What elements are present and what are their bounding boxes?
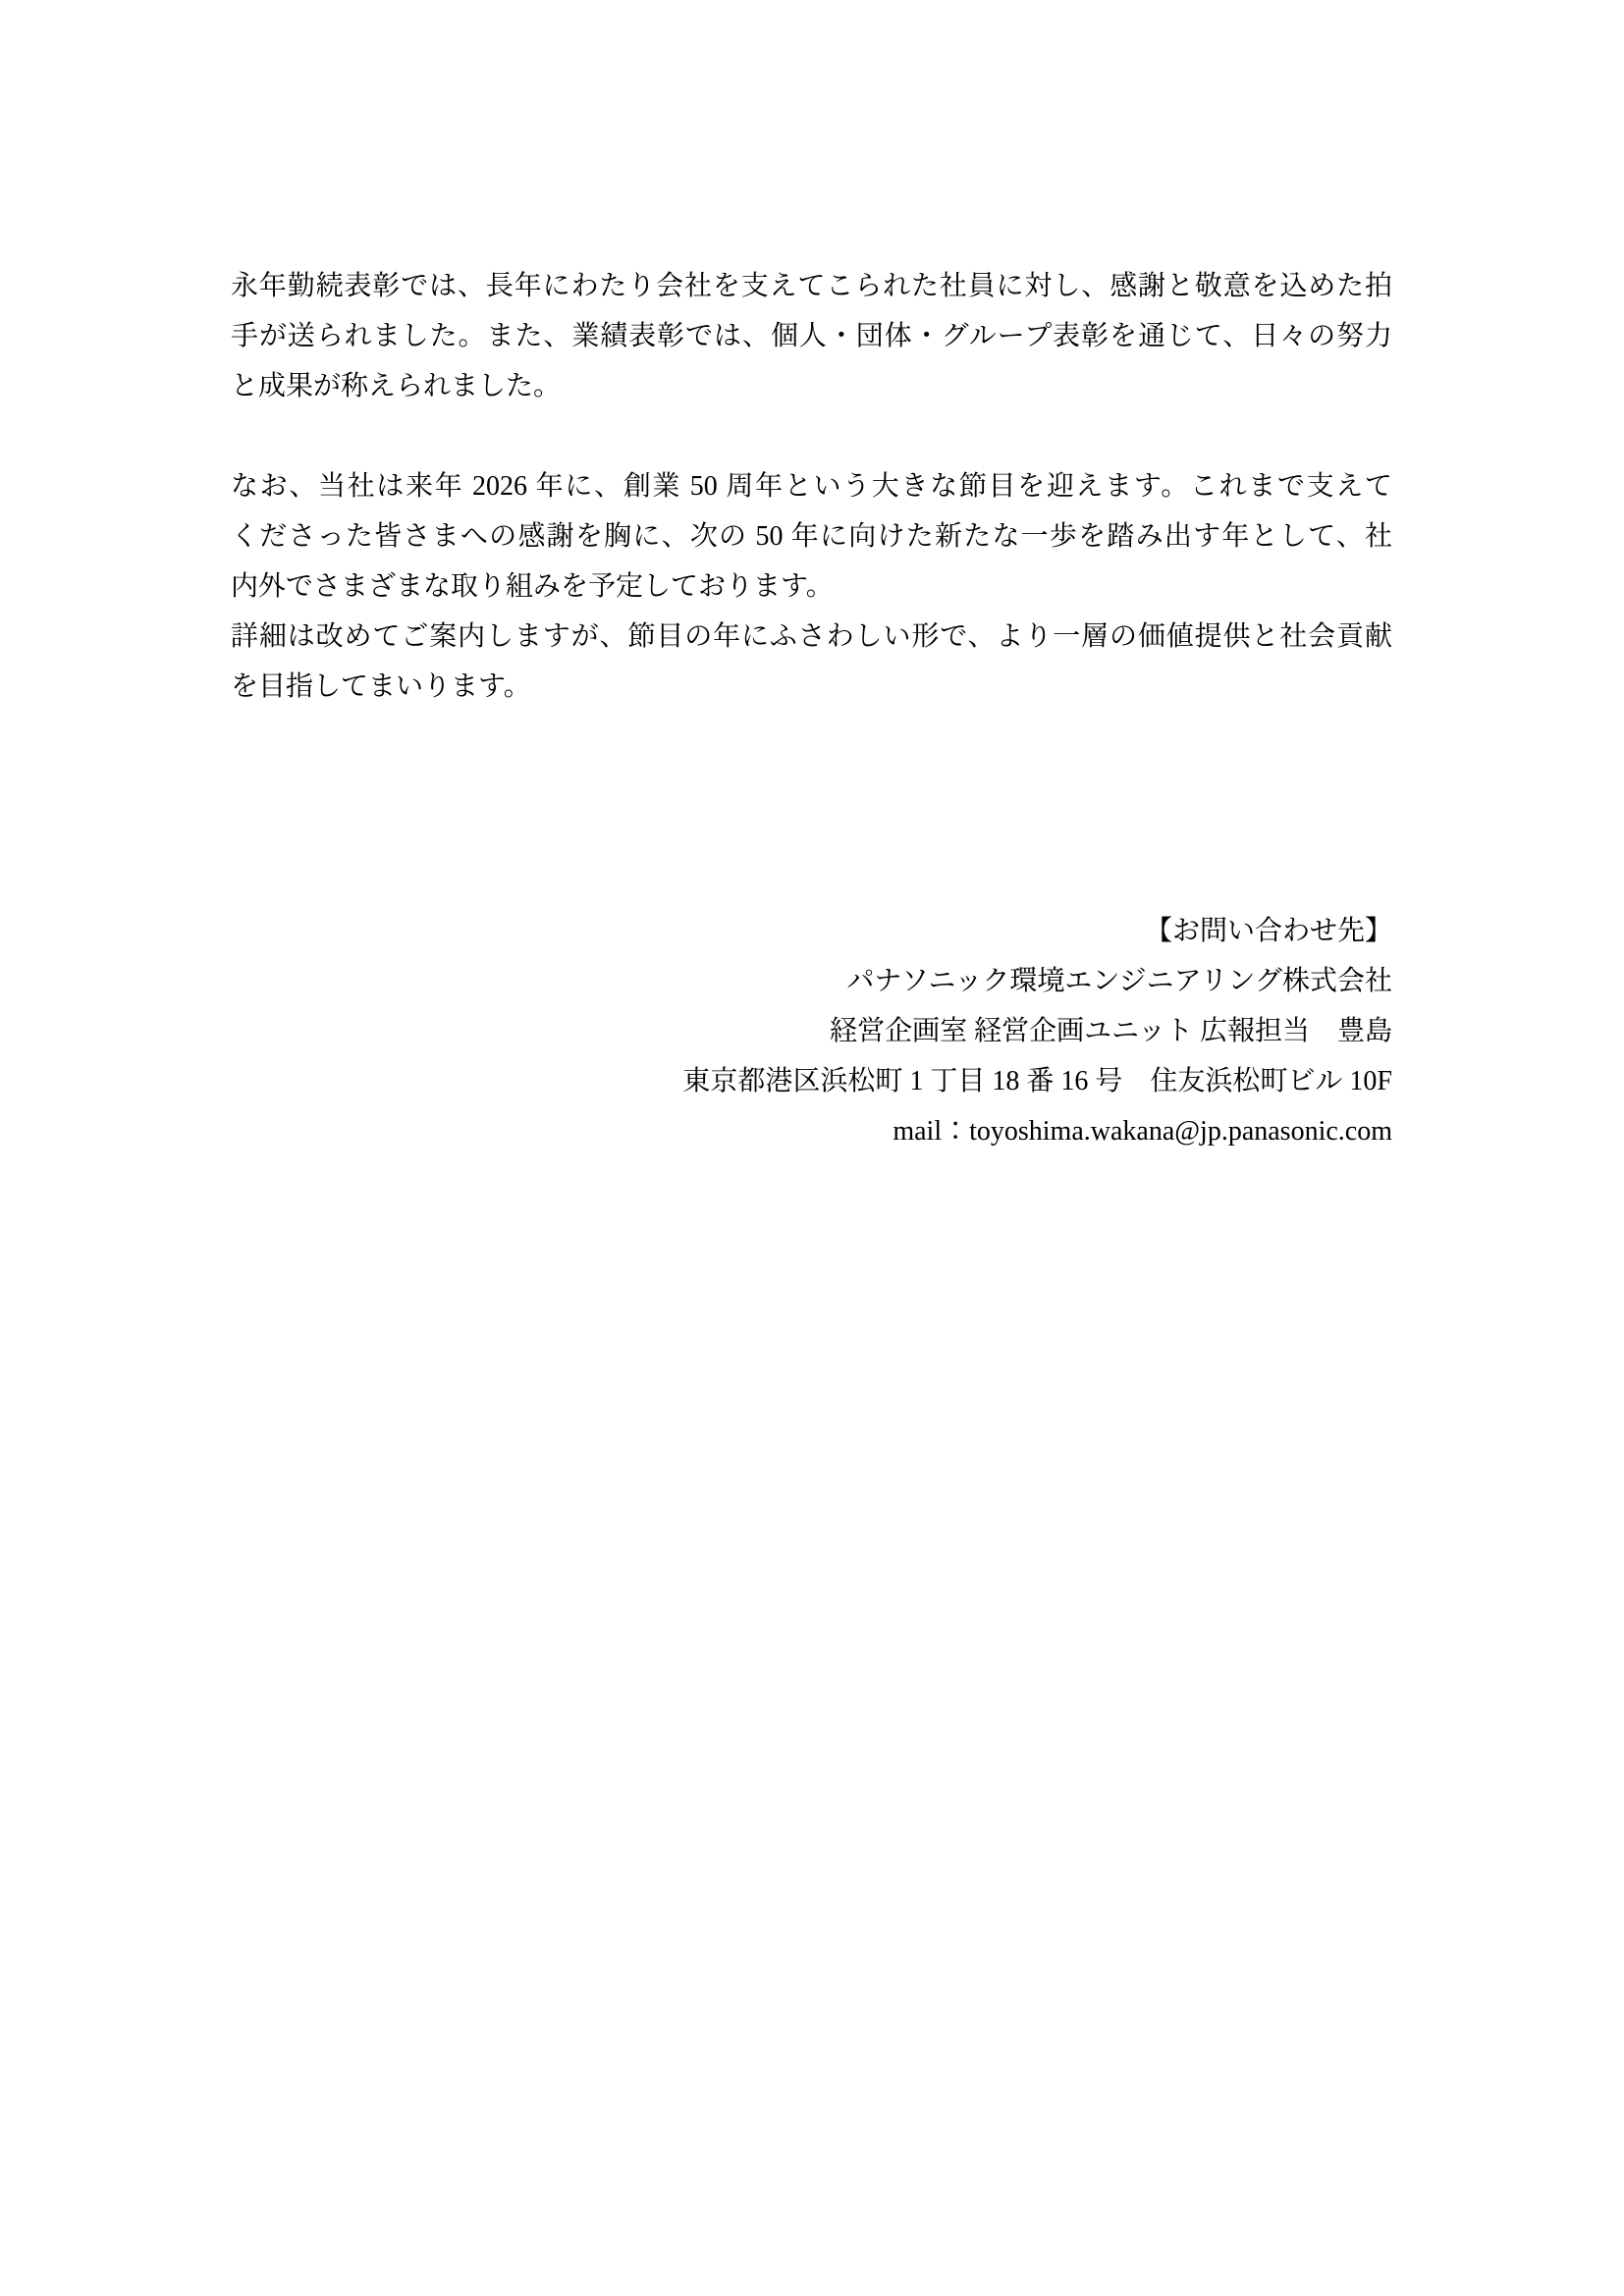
paragraph-line: なお、当社は来年 2026 年に、創業 50 周年という大きな節目を迎えます。こ…: [231, 461, 1392, 511]
paragraph-line: くださった皆さまへの感謝を胸に、次の 50 年に向けた新たな一歩を踏み出す年とし…: [231, 511, 1392, 561]
paragraph-line: 手が送られました。また、業績表彰では、個人・団体・グループ表彰を通じて、日々の努…: [231, 311, 1392, 361]
body-paragraph-3: 詳細は改めてご案内しますが、節目の年にふさわしい形で、より一層の価値提供と社会貢…: [231, 612, 1392, 712]
contact-address: 東京都港区浜松町 1 丁目 18 番 16 号 住友浜松町ビル 10F: [231, 1056, 1392, 1106]
contact-heading: 【お問い合わせ先】: [231, 906, 1392, 956]
paragraph-line: を目指してまいります。: [231, 662, 1392, 712]
contact-company: パナソニック環境エンジニアリング株式会社: [231, 956, 1392, 1006]
body-paragraph-1: 永年勤続表彰では、長年にわたり会社を支えてこられた社員に対し、感謝と敬意を込めた…: [231, 261, 1392, 411]
contact-email: mail：toyoshima.wakana@jp.panasonic.com: [231, 1106, 1392, 1156]
paragraph-line: 永年勤続表彰では、長年にわたり会社を支えてこられた社員に対し、感謝と敬意を込めた…: [231, 261, 1392, 311]
contact-department: 経営企画室 経営企画ユニット 広報担当 豊島: [231, 1006, 1392, 1056]
paragraph-line: 詳細は改めてご案内しますが、節目の年にふさわしい形で、より一層の価値提供と社会貢…: [231, 612, 1392, 662]
document-page: 永年勤続表彰では、長年にわたり会社を支えてこられた社員に対し、感謝と敬意を込めた…: [0, 0, 1624, 2296]
paragraph-line: 内外でさまざまな取り組みを予定しております。: [231, 561, 1392, 612]
body-paragraph-2: なお、当社は来年 2026 年に、創業 50 周年という大きな節目を迎えます。こ…: [231, 461, 1392, 612]
contact-block: 【お問い合わせ先】 パナソニック環境エンジニアリング株式会社 経営企画室 経営企…: [231, 906, 1392, 1156]
document-body: 永年勤続表彰では、長年にわたり会社を支えてこられた社員に対し、感謝と敬意を込めた…: [231, 261, 1392, 1156]
paragraph-line: と成果が称えられました。: [231, 361, 1392, 411]
